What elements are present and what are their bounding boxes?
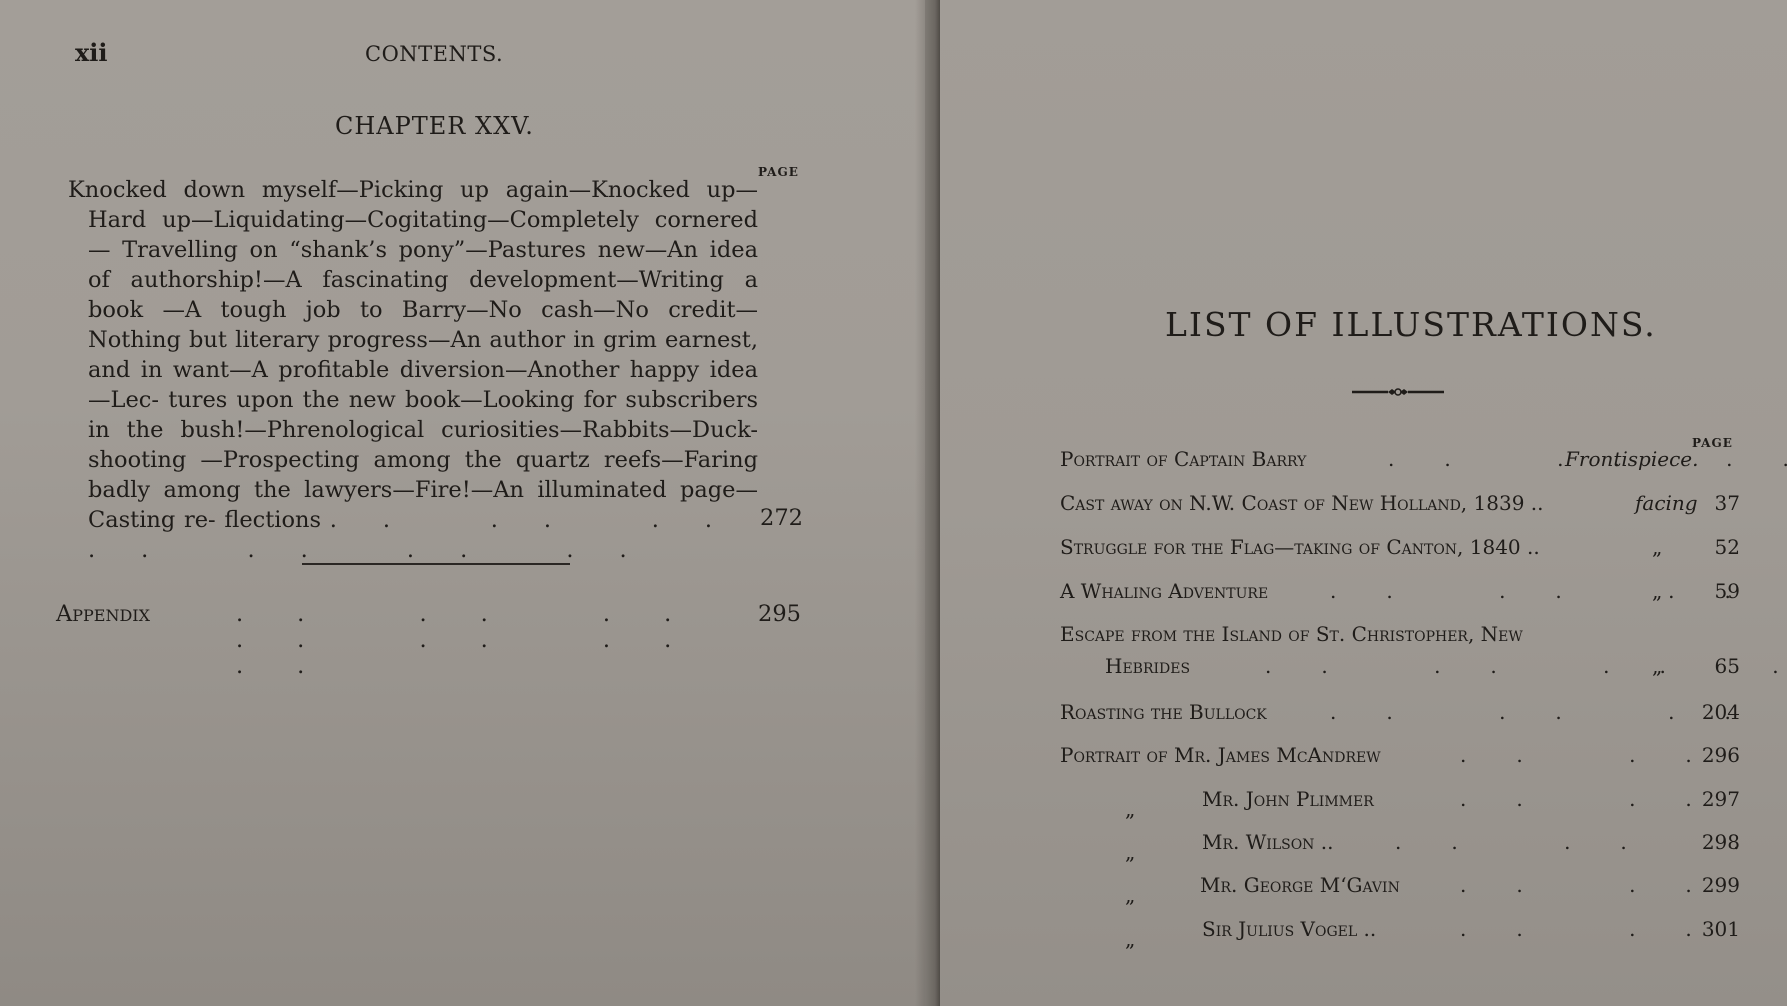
illustration-page: 299 — [1680, 873, 1740, 897]
illustration-page: 296 — [1680, 743, 1740, 767]
list-item[interactable]: A Whaling Adventure .. .. .. .. .. „ 59 — [1060, 579, 1740, 611]
illustration-title: Portrait of Captain Barry — [1060, 447, 1306, 471]
page-column-label: PAGE — [758, 165, 799, 179]
section-divider — [302, 563, 570, 565]
list-item[interactable]: Hebrides .. .. .. .. .. .. „ 65 — [1060, 654, 1740, 686]
illustration-page: 298 — [1680, 830, 1740, 854]
illustration-title: Portrait of Mr. James McAndrew — [1060, 743, 1381, 767]
ditto-mark: „ — [1125, 927, 1135, 951]
ditto-mark: „ — [1652, 654, 1662, 678]
illustration-title: Sir Julius Vogel .. — [1202, 917, 1376, 941]
illustration-page: 52 — [1680, 535, 1740, 559]
page-folio: xii — [75, 38, 108, 67]
ornamental-rule-icon — [1352, 385, 1444, 399]
illustration-note: Frontispiece. — [1565, 447, 1699, 471]
list-item[interactable]: „ Sir Julius Vogel .. .. .. .. .. 301 — [1060, 917, 1740, 949]
summary-line: flections — [224, 507, 321, 533]
summary-line: Knocked down myself—Picking up again—Kno… — [68, 177, 758, 203]
illustration-title: Mr. George M‘Gavin — [1200, 873, 1400, 897]
list-item[interactable]: Struggle for the Flag—taking of Canton, … — [1060, 535, 1740, 567]
left-page-contents: xii CONTENTS. CHAPTER XXV. PAGE Knocked … — [0, 0, 925, 1006]
appendix-page-number: 295 — [758, 601, 801, 627]
ditto-mark: „ — [1652, 535, 1662, 559]
appendix-label: Appendix — [56, 601, 150, 627]
illustration-title: A Whaling Adventure — [1060, 579, 1268, 603]
appendix-entry[interactable]: Appendix .. .. .. .. .. .. .. 295 — [56, 601, 801, 631]
illustration-page: 37 — [1680, 491, 1740, 515]
illustration-page: 65 — [1680, 654, 1740, 678]
list-item[interactable]: Cast away on N.W. Coast of New Holland, … — [1060, 491, 1740, 523]
running-head: xii CONTENTS. — [75, 38, 815, 68]
list-item[interactable]: „ Mr. Wilson .. .. .. .. .. .. 298 — [1060, 830, 1740, 862]
illustration-title: Struggle for the Flag—taking of Canton, … — [1060, 535, 1540, 559]
illustration-page: 301 — [1680, 917, 1740, 941]
illustration-title: Hebrides — [1105, 654, 1190, 678]
illustration-title: Escape from the Island of St. Christophe… — [1060, 622, 1523, 646]
ditto-mark: „ — [1652, 579, 1662, 603]
illustration-page: 204 — [1680, 700, 1740, 724]
dot-leader: .. .. .. .. .. .. .. — [236, 601, 801, 679]
illustration-title: Mr. Wilson .. — [1202, 830, 1334, 854]
book-spread: xii CONTENTS. CHAPTER XXV. PAGE Knocked … — [0, 0, 1787, 1006]
list-item[interactable]: Portrait of Mr. James McAndrew .. .. .. … — [1060, 743, 1740, 775]
list-item[interactable]: „ Mr. John Plimmer .. .. .. .. 297 — [1060, 787, 1740, 819]
running-title: CONTENTS. — [365, 42, 503, 66]
illustration-page: 297 — [1680, 787, 1740, 811]
chapter-page-number: 272 — [760, 505, 803, 531]
list-item[interactable]: Escape from the Island of St. Christophe… — [1060, 622, 1740, 654]
list-item[interactable]: „ Mr. George M‘Gavin .. .. .. .. 299 — [1060, 873, 1740, 905]
ditto-mark: „ — [1125, 840, 1135, 864]
illustration-page: 59 — [1680, 579, 1740, 603]
chapter-summary: Knocked down myself—Picking up again—Kno… — [68, 175, 758, 565]
illustration-title: Cast away on N.W. Coast of New Holland, … — [1060, 491, 1544, 515]
illustrations-title: LIST OF ILLUSTRATIONS. — [1165, 305, 1657, 344]
chapter-heading: CHAPTER XXV. — [335, 112, 534, 140]
ditto-mark: „ — [1125, 883, 1135, 907]
ditto-mark: „ — [1125, 797, 1135, 821]
list-item[interactable]: Roasting the Bullock .. .. .. .. .. .. 2… — [1060, 700, 1740, 732]
illustration-title: Roasting the Bullock — [1060, 700, 1267, 724]
list-item[interactable]: Portrait of Captain Barry .. .. .. Front… — [1060, 447, 1740, 479]
illustration-title: Mr. John Plimmer — [1202, 787, 1374, 811]
